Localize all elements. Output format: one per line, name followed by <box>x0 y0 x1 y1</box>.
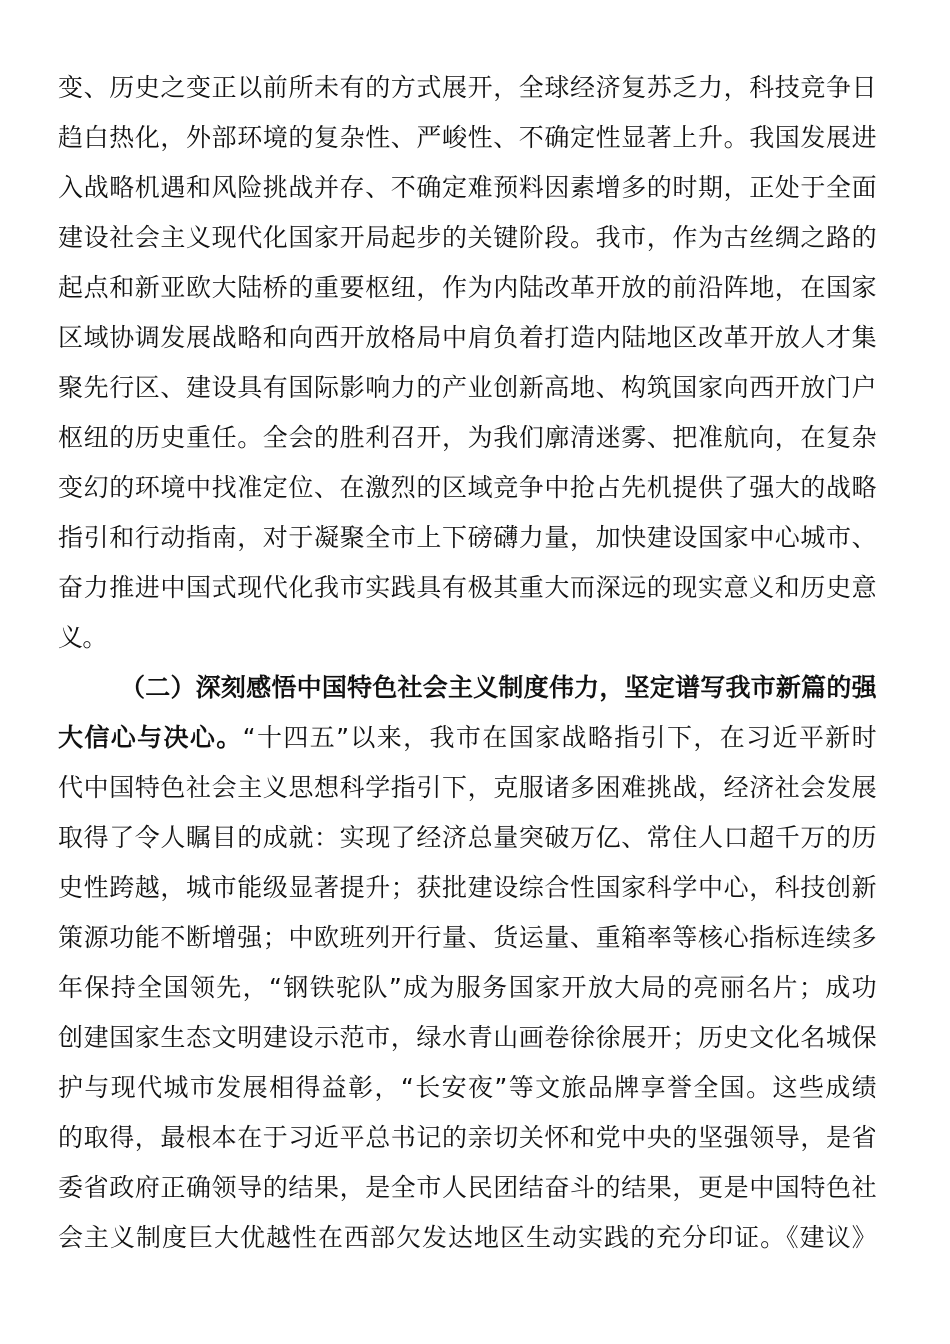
paragraph-2: （二）深刻感悟中国特色社会主义制度伟力，坚定谱写我市新篇的强 大信心与决心。“十… <box>58 668 876 1268</box>
text-line: 年保持全国领先，“钢铁驼队”成为服务国家开放大局的亮丽名片；成功 <box>58 968 876 1018</box>
text-line: 委省政府正确领导的结果，是全市人民团结奋斗的结果，更是中国特色社 <box>58 1168 876 1218</box>
text-line: 变幻的环境中找准定位、在激烈的区域竞争中抢占先机提供了强大的战略 <box>58 468 876 518</box>
section-heading-end: 大信心与决心。 <box>58 723 243 752</box>
text-line: 变、历史之变正以前所未有的方式展开，全球经济复苏乏力，科技竞争日 <box>58 68 876 118</box>
text-line: 枢纽的历史重任。全会的胜利召开，为我们廓清迷雾、把准航向，在复杂 <box>58 418 876 468</box>
text-line: 入战略机遇和风险挑战并存、不确定难预料因素增多的时期，正处于全面 <box>58 168 876 218</box>
text-line: 代中国特色社会主义思想科学指引下，克服诸多困难挑战，经济社会发展 <box>58 768 876 818</box>
text-line: 创建国家生态文明建设示范市，绿水青山画卷徐徐展开；历史文化名城保 <box>58 1018 876 1068</box>
text-line: 会主义制度巨大优越性在西部欠发达地区生动实践的充分印证。《建议》 <box>58 1218 876 1268</box>
document-page: 变、历史之变正以前所未有的方式展开，全球经济复苏乏力，科技竞争日 趋白热化，外部… <box>58 68 876 1268</box>
text-line: 奋力推进中国式现代化我市实践具有极其重大而深远的现实意义和历史意 <box>58 568 876 618</box>
paragraph-1: 变、历史之变正以前所未有的方式展开，全球经济复苏乏力，科技竞争日 趋白热化，外部… <box>58 68 876 668</box>
text-line: 指引和行动指南，对于凝聚全市上下磅礴力量，加快建设国家中心城市、 <box>58 518 876 568</box>
text-line: 趋白热化，外部环境的复杂性、严峻性、不确定性显著上升。我国发展进 <box>58 118 876 168</box>
text-line: 大信心与决心。“十四五”以来，我市在国家战略指引下，在习近平新时 <box>58 718 876 768</box>
text-line: 建设社会主义现代化国家开局起步的关键阶段。我市，作为古丝绸之路的 <box>58 218 876 268</box>
text-run: “十四五”以来，我市在国家战略指引下，在习近平新时 <box>243 723 876 752</box>
text-line: 区域协调发展战略和向西开放格局中肩负着打造内陆地区改革开放人才集 <box>58 318 876 368</box>
text-line: 史性跨越，城市能级显著提升；获批建设综合性国家科学中心，科技创新 <box>58 868 876 918</box>
text-line: 的取得，最根本在于习近平总书记的亲切关怀和党中央的坚强领导，是省 <box>58 1118 876 1168</box>
text-line: 取得了令人瞩目的成就：实现了经济总量突破万亿、常住人口超千万的历 <box>58 818 876 868</box>
text-line: 聚先行区、建设具有国际影响力的产业创新高地、构筑国家向西开放门户 <box>58 368 876 418</box>
section-heading: （二）深刻感悟中国特色社会主义制度伟力，坚定谱写我市新篇的强 <box>58 668 876 718</box>
text-line: 策源功能不断增强；中欧班列开行量、货运量、重箱率等核心指标连续多 <box>58 918 876 968</box>
text-line: 护与现代城市发展相得益彰，“长安夜”等文旅品牌享誉全国。这些成绩 <box>58 1068 876 1118</box>
text-line: 义。 <box>58 618 876 668</box>
text-line: 起点和新亚欧大陆桥的重要枢纽，作为内陆改革开放的前沿阵地，在国家 <box>58 268 876 318</box>
